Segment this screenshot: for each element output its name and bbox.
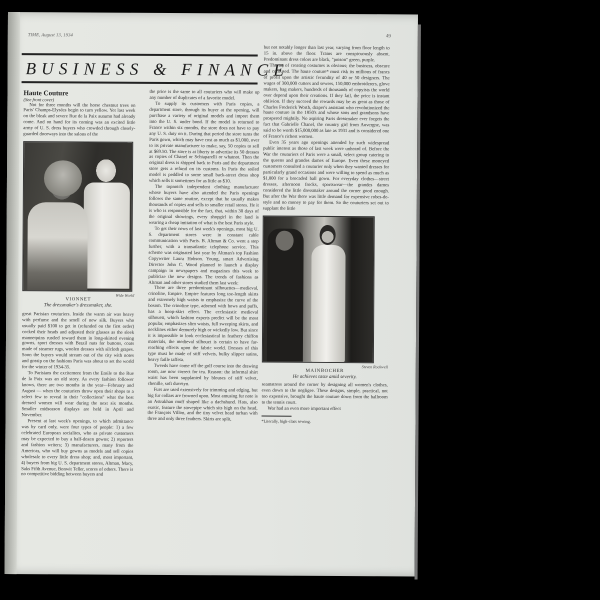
paragraph: Not for three months will the horse ches… — [23, 103, 135, 139]
paragraph: War had an even more important effect — [262, 407, 388, 414]
photo-mainbocher — [262, 215, 375, 363]
paragraph: Tweeds have come off the golf course int… — [148, 364, 258, 388]
footnote-rule — [262, 416, 292, 417]
paragraph: the price is the same to all couturiers … — [149, 90, 259, 103]
title-rule-bottom — [22, 81, 258, 84]
page-edge — [415, 25, 421, 580]
figure — [27, 202, 88, 290]
paragraph: Furs are used extensively for trimming a… — [147, 388, 257, 424]
column-2: the price is the same to all couturiers … — [147, 90, 259, 424]
figure-woman-head — [320, 225, 336, 245]
figure-man-head — [276, 230, 294, 250]
footnote: *Literally, high-class sewing. — [261, 418, 387, 424]
paragraph: Present at last week's openings, to whic… — [21, 419, 133, 479]
paragraph: There are three predominant silhouettes—… — [148, 286, 258, 364]
magazine-page: TIME, August 13, 1934 49 BUSINESS & FINA… — [5, 12, 418, 576]
paragraph: To get their news of last week's opening… — [148, 227, 258, 287]
photo-caption: He achieves taste amid severity. — [262, 374, 388, 381]
running-head: TIME, August 13, 1934 — [28, 32, 73, 37]
figure-head — [44, 160, 82, 196]
section-title: BUSINESS & FINANCE — [26, 59, 290, 81]
photo-caption: The dressmaker's dressmaker, she. — [22, 303, 134, 310]
page-number: 49 — [386, 34, 391, 39]
column-3: but not notably longer than last year, v… — [261, 46, 389, 424]
paragraph: To Parisians the excitement from the Eto… — [22, 371, 134, 419]
paragraph: The art of creating costumes is obvious;… — [263, 63, 389, 141]
page-spine-shadow — [5, 12, 20, 574]
paragraph: To supply its customers with Paris copie… — [149, 102, 260, 186]
mannequin-dress — [83, 183, 130, 289]
paragraph: Even 35 years ago openings attended by s… — [263, 141, 389, 213]
column-1: Haute Couture (See front cover) Not for … — [21, 89, 135, 479]
paragraph: but not notably longer than last year, v… — [264, 46, 390, 65]
paragraph: seamstress around the corner by designin… — [262, 383, 388, 408]
photo-vionnet — [22, 141, 133, 292]
paragraph: great Parisian couturiers. Inside the wa… — [22, 312, 134, 372]
title-rule-top — [22, 53, 258, 56]
paragraph: The topnotch independent clothing manufa… — [149, 185, 259, 227]
figure-gown — [311, 245, 346, 362]
section-title-bar: BUSINESS & FINANCE — [22, 53, 258, 84]
